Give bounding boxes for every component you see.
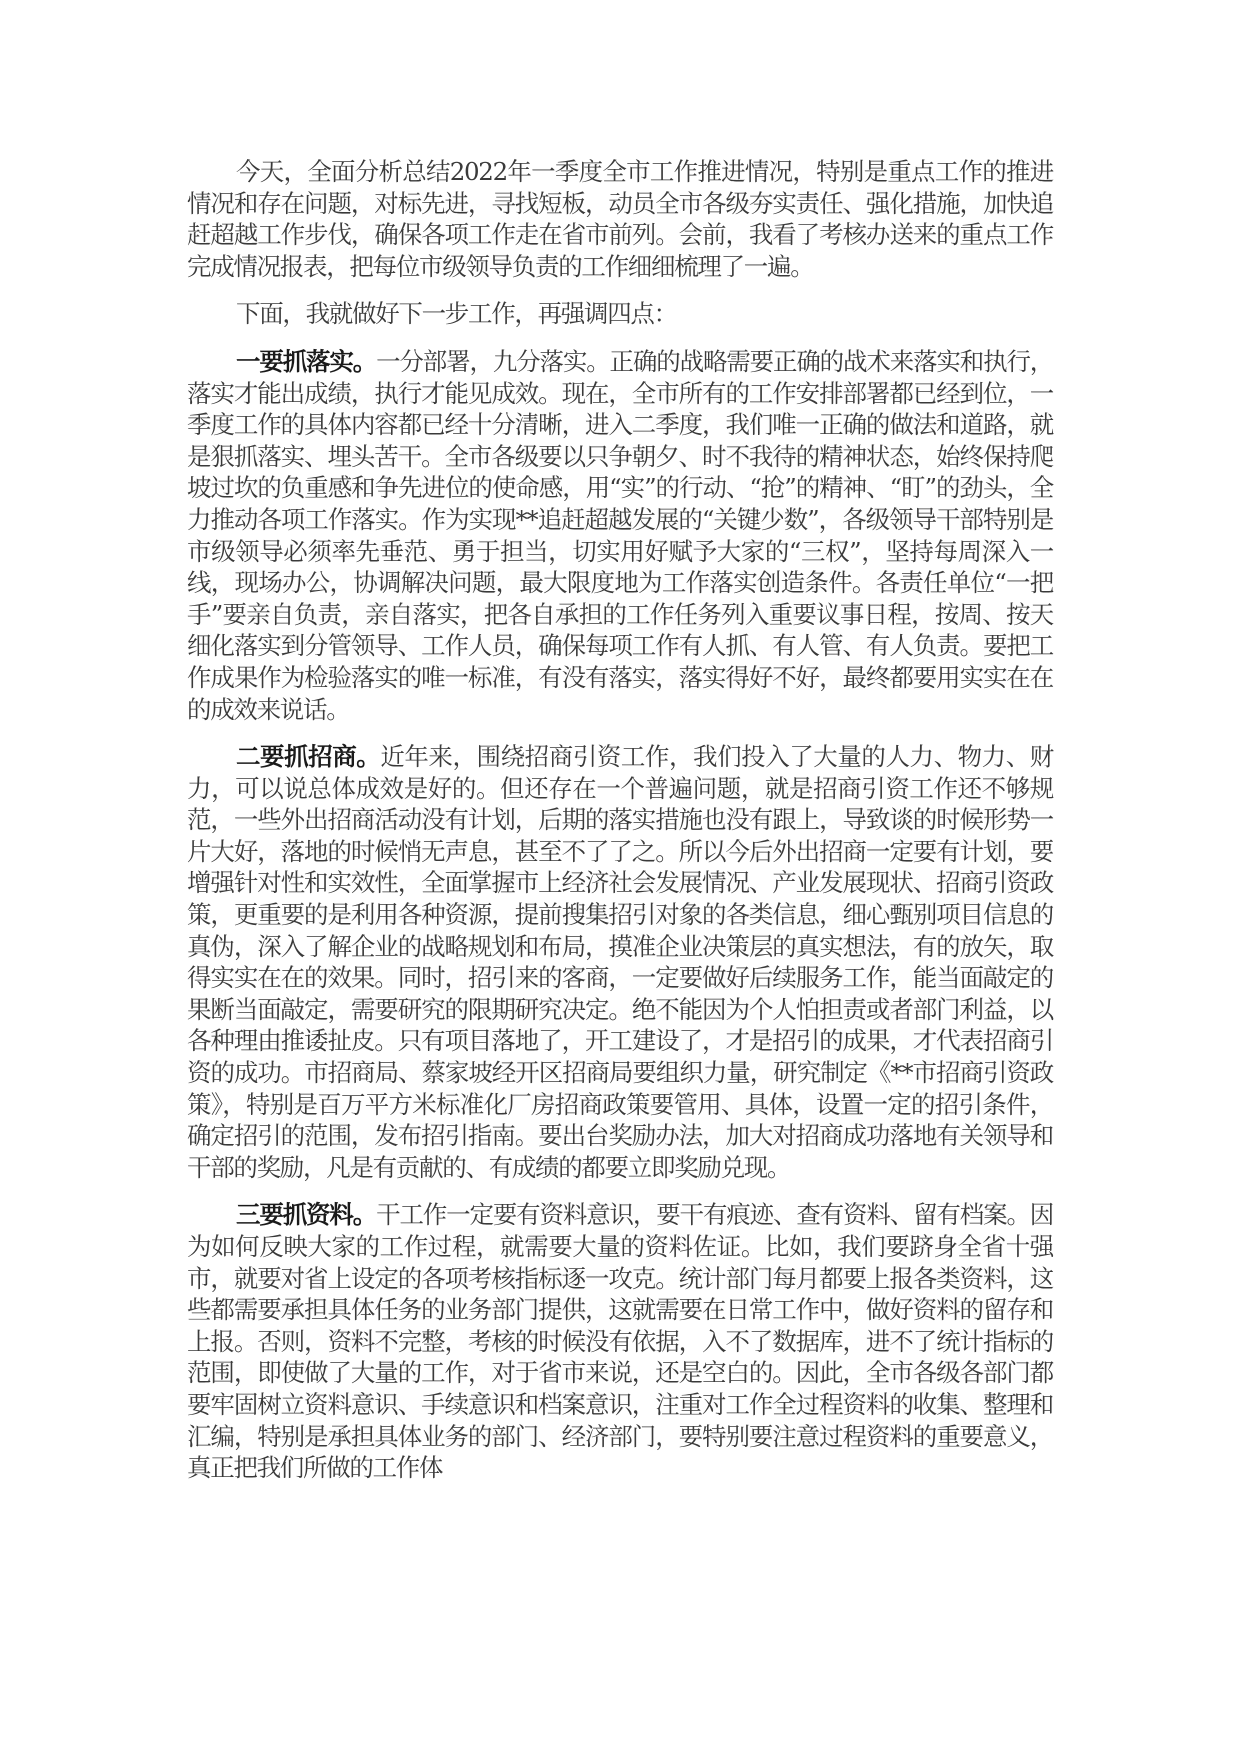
- paragraph-text: 干工作一定要有资料意识，要干有痕迹、查有资料、留有档案。因为如何反映大家的工作过…: [187, 1200, 1053, 1482]
- paragraph-text: 下面，我就做好下一步工作，再强调四点：: [236, 299, 677, 328]
- paragraph-text: 近年来，围绕招商引资工作，我们投入了大量的人力、物力、财力，可以说总体成效是好的…: [187, 742, 1053, 1182]
- document-page: 今天，全面分析总结2022年一季度全市工作推进情况，特别是重点工作的推进情况和存…: [187, 156, 1053, 1500]
- paragraph-text: 一分部署，九分落实。正确的战略需要正确的战术来落实和执行，落实才能出成绩，执行才…: [187, 347, 1053, 724]
- paragraph-text: 今天，全面分析总结2022年一季度全市工作推进情况，特别是重点工作的推进情况和存…: [187, 157, 1053, 281]
- paragraph-lead: 三要抓资料。: [236, 1200, 376, 1229]
- paragraph-point-2: 二要抓招商。近年来，围绕招商引资工作，我们投入了大量的人力、物力、财力，可以说总…: [187, 741, 1053, 1183]
- paragraph-point-3: 三要抓资料。干工作一定要有资料意识，要干有痕迹、查有资料、留有档案。因为如何反映…: [187, 1199, 1053, 1483]
- paragraph-point-1: 一要抓落实。一分部署，九分落实。正确的战略需要正确的战术来落实和执行，落实才能出…: [187, 346, 1053, 725]
- paragraph-transition: 下面，我就做好下一步工作，再强调四点：: [187, 298, 1053, 330]
- paragraph-intro: 今天，全面分析总结2022年一季度全市工作推进情况，特别是重点工作的推进情况和存…: [187, 156, 1053, 282]
- paragraph-lead: 一要抓落实。: [236, 347, 376, 376]
- paragraph-lead: 二要抓招商。: [236, 742, 380, 771]
